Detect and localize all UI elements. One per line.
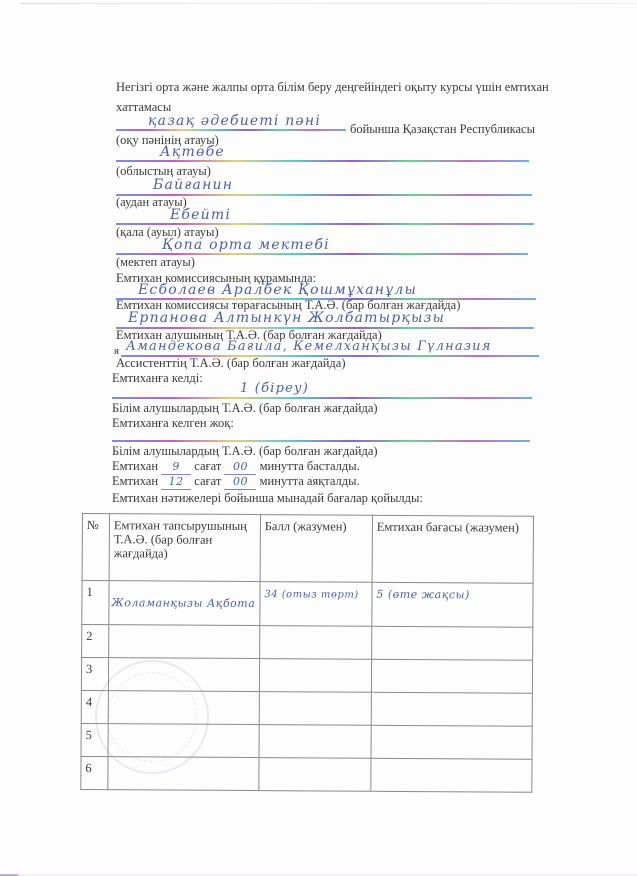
row-no: 2 [82,625,109,658]
row-grade [371,659,532,693]
row-score [259,626,371,660]
end-prefix: Емтихан [112,474,158,488]
row-no: 3 [81,658,108,691]
attended-label: Емтиханға келді: [112,371,203,385]
header-score: Балл (жазумен) [260,515,372,583]
row-name-value: Жоламанқызы Ақбота [111,596,255,610]
start-suffix: минутта басталды. [260,459,360,473]
row-no: 5 [81,723,108,756]
row-grade [371,758,532,792]
examiner-value: Ерпанова Алтынкүн Жолбатырқызы [128,310,445,326]
absent-sublabel: Білім алушылардың Т.А.Ә. (бар болған жағ… [112,444,378,458]
region-label: (облыстың атауы) [116,164,211,178]
chair-value: Есболаев Аралбек Қошмұханұлы [138,282,417,298]
row-name [108,658,259,692]
table-row: 5 [81,723,532,759]
document-title: Негізгі орта және жалпы орта білім беру … [116,80,549,94]
attended-line [112,397,532,399]
row-grade [371,725,532,759]
row-name [108,757,259,791]
start-row: Емтихан 9 сағат 00 минутта басталды. [112,459,360,475]
header-name: Емтихан тапсырушының Т.А.Ә. (бар болған … [109,514,260,582]
row-name [109,625,260,659]
row-score [259,692,371,726]
end-mid: сағат [194,474,221,488]
row-no: 4 [81,690,108,723]
assistant-label: Ассистенттің Т.А.Ә. (бар болған жағдайда… [116,356,346,370]
table-row: 6 [81,756,532,792]
row-score [259,758,371,792]
row-grade-value: 5 (өте жақсы) [376,588,470,602]
district-value: Байғанин [153,177,233,193]
scan-top-edge [20,3,637,4]
subject-line [116,129,346,131]
end-row: Емтихан 12 сағат 00 минутта аяқталды. [112,474,360,490]
table-row: 4 [81,690,532,726]
subject-value: қазақ әдебиеті пәні [148,113,321,129]
region-value: Ақтөбе [160,144,225,160]
row-no: 6 [81,756,108,789]
header-no: № [82,514,109,581]
school-value: Қопа орта мектебі [162,237,330,253]
results-intro: Емтихан нәтижелері бойынша мынадай бағал… [112,491,423,505]
city-value: Ебейті [170,207,231,223]
start-hour: 9 [161,460,191,475]
row-grade [371,692,532,726]
table-row: 1 Жоламанқызы Ақбота 34 (отыз төрт) 5 (ө… [82,581,533,628]
row-grade: 5 (өте жақсы) [372,582,533,627]
row-score [259,725,371,759]
row-grade [371,626,532,660]
row-name [108,691,259,725]
attended-sublabel: Білім алушылардың Т.А.Ә. (бар болған жағ… [112,401,378,415]
absent-label: Емтиханға келген жоқ: [112,416,234,430]
attended-value: 1 (біреу) [240,381,309,396]
school-label: (мектеп атауы) [116,255,195,269]
end-hour: 12 [161,475,191,490]
table-row: 2 [82,625,533,661]
row-score [259,659,371,693]
header-grade: Емтихан бағасы (жазумен) [372,515,534,583]
row-no: 1 [82,581,109,625]
row-name: Жоламанқызы Ақбота [109,581,260,626]
grades-table: № Емтихан тапсырушының Т.А.Ә. (бар болға… [80,513,534,793]
row-score: 34 (отыз төрт) [260,582,372,627]
row-name [108,724,259,758]
end-suffix: минутта аяқталды. [260,474,360,488]
row-score-value: 34 (отыз төрт) [264,589,358,601]
start-mid: сағат [194,459,221,473]
start-minute: 00 [224,460,256,475]
absent-line [112,440,530,442]
table-header-row: № Емтихан тапсырушының Т.А.Ә. (бар болға… [82,514,533,584]
document-title-cont: хаттамасы [116,100,171,114]
subject-suffix: бойынша Қазақстан Республикасы [350,122,535,136]
end-minute: 00 [224,475,256,490]
region-line [116,160,529,162]
assistant-value: Амандекова Бағила, Кемелханқызы Гүлназия [126,339,492,354]
table-row: 3 [81,658,532,694]
start-prefix: Емтихан [112,459,158,473]
